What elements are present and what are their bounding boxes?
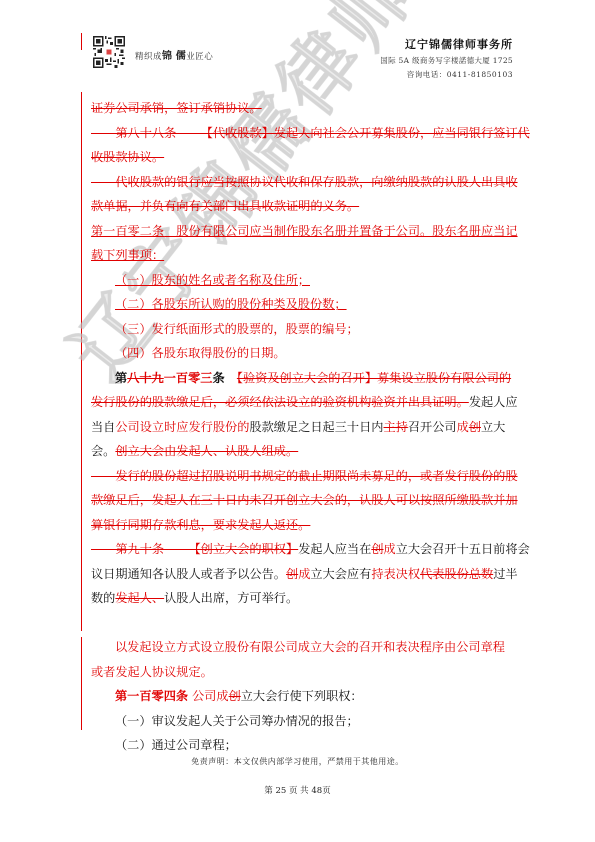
body-text: 认股人出席，方可举行。: [164, 591, 298, 605]
list-item: （一）股东的姓名或者名称及住所；: [115, 273, 310, 287]
list-item: （三）发行纸面形式的股票的，股票的编号；: [115, 322, 359, 336]
article-103-prefix: 第: [115, 371, 127, 385]
deleted-text: 代表股份总数: [420, 567, 493, 581]
body-text: 立大: [481, 420, 505, 434]
inserted-paragraph: 或者发起人协议规定。: [91, 665, 213, 679]
revision-bar: [81, 92, 82, 631]
inserted-paragraph: 以发起设立方式设立股份有限公司成立大会的召开和表决程序由公司章程: [115, 640, 505, 654]
deleted-text: 创立大会由发起人、认股人组成。: [115, 444, 298, 458]
qr-code-icon: [93, 36, 125, 68]
firm-address: 国际 5A 级商务写字楼諾德大厦 1725: [380, 55, 513, 66]
slogan-text: 业匠心: [186, 52, 213, 62]
inserted-text: 载下列事项：: [91, 248, 164, 262]
body-text: 会。: [91, 444, 115, 458]
firm-info: 辽宁锦儒律师事务所 国际 5A 级商务写字楼諾德大厦 1725 咨询电话：041…: [380, 36, 513, 80]
firm-slogan: 精织成锦 儒业匠心: [135, 47, 213, 62]
header-revision-bar: [81, 33, 82, 50]
body-text: 股款缴足之日起三十日内: [249, 420, 383, 434]
body-text: 当自: [91, 420, 115, 434]
body-text: 议日期通知各认股人或者予以公告。: [91, 567, 286, 581]
body-text: 发起人应当在: [298, 542, 371, 556]
page-number: 第 25 页 共 48页: [0, 784, 595, 796]
inserted-text: 成: [384, 542, 396, 556]
slogan-text: 精织成: [135, 52, 162, 62]
slogan-brand: 锦: [162, 51, 173, 62]
inserted-text: 成: [298, 567, 310, 581]
body-text: 过半: [493, 567, 517, 581]
deleted-text: 发起人、: [115, 591, 164, 605]
slogan-brand: 儒: [176, 51, 187, 62]
deleted-text: 八十九: [127, 371, 164, 385]
firm-phone: 咨询电话：0411-81850103: [380, 69, 513, 80]
article-104-title: 第一百零四条: [115, 689, 188, 703]
deleted-article-90: ——第九十条——【创立大会的职权】: [91, 542, 298, 556]
inserted-text: 一百零三: [164, 371, 213, 385]
list-item: （二）各股东所认购的股份种类及股份数；: [115, 297, 347, 311]
deleted-text: 创: [286, 567, 298, 581]
deleted-text: 款单据，并负有向有关部门出具收款证明的义务。: [91, 199, 359, 213]
body-text: 立大会行使下列职权：: [241, 689, 363, 703]
body-text: 数的: [91, 591, 115, 605]
firm-name: 辽宁锦儒律师事务所: [380, 36, 513, 52]
inserted-text: 成: [457, 420, 469, 434]
article-102-title: 第一百零二条: [91, 224, 164, 238]
deleted-text: 创: [229, 689, 241, 703]
deleted-text: 收股款协议。: [91, 150, 164, 164]
inserted-text: 公司设立时应发行股份的: [115, 420, 249, 434]
deleted-text: 证券公司承销，签订承销协议。: [91, 101, 262, 115]
document-page: 精织成锦 儒业匠心 辽宁锦儒律师事务所 国际 5A 级商务写字楼諾德大厦 172…: [0, 0, 595, 842]
body-text: 发起人应: [469, 395, 518, 409]
body-text: 立大会应有: [310, 567, 371, 581]
revision-bar: [81, 637, 82, 730]
deleted-text: 发行股份的股款缴足后，必须经依法设立的验资机构验资并出具证明。: [91, 395, 469, 409]
disclaimer: 免责声明：本文仅供内部学习使用，严禁用于其他用途。: [0, 756, 595, 767]
body-text: 召开公司: [408, 420, 457, 434]
deleted-text: 创: [469, 420, 481, 434]
deleted-text: 算银行同期存款利息，要求发起人返还。: [91, 518, 310, 532]
list-item: （四）各股东取得股份的日期。: [115, 346, 286, 360]
inserted-text: 股份有限公司应当制作股东名册并置备于公司。股东名册应当记: [164, 224, 517, 238]
inserted-text: 公司成: [188, 689, 228, 703]
deleted-text: 【验资及创立大会的召开】募集设立股份有限公司的: [237, 371, 511, 385]
deleted-text: ——发行的股份超过招股说明书规定的截止期限尚未募足的，或者发行股份的股: [91, 469, 518, 483]
deleted-text: 主持: [384, 420, 408, 434]
inserted-text: 持表决权: [371, 567, 420, 581]
deleted-text: 创: [371, 542, 383, 556]
list-item: （一）审议发起人关于公司筹办情况的报告；: [115, 714, 359, 728]
article-103-suffix: 条: [213, 371, 237, 385]
deleted-text: ——代收股款的银行应当按照协议代收和保存股款，向缴纳股款的认股人出具收: [91, 175, 518, 189]
deleted-text: 款缴足后，发起人在三十日内未召开创立大会的，认股人可以按照所缴股款并加: [91, 493, 518, 507]
document-body: 证券公司承销，签订承销协议。 ——第八十八条——【代收股款】发起人向社会公开募集…: [91, 96, 511, 758]
list-item: （二）通过公司章程；: [115, 738, 237, 752]
deleted-article-88: ——第八十八条——【代收股款】发起人向社会公开募集股份，应当同银行签订代: [91, 126, 530, 140]
body-text: 立大会召开十五日前将会: [396, 542, 530, 556]
